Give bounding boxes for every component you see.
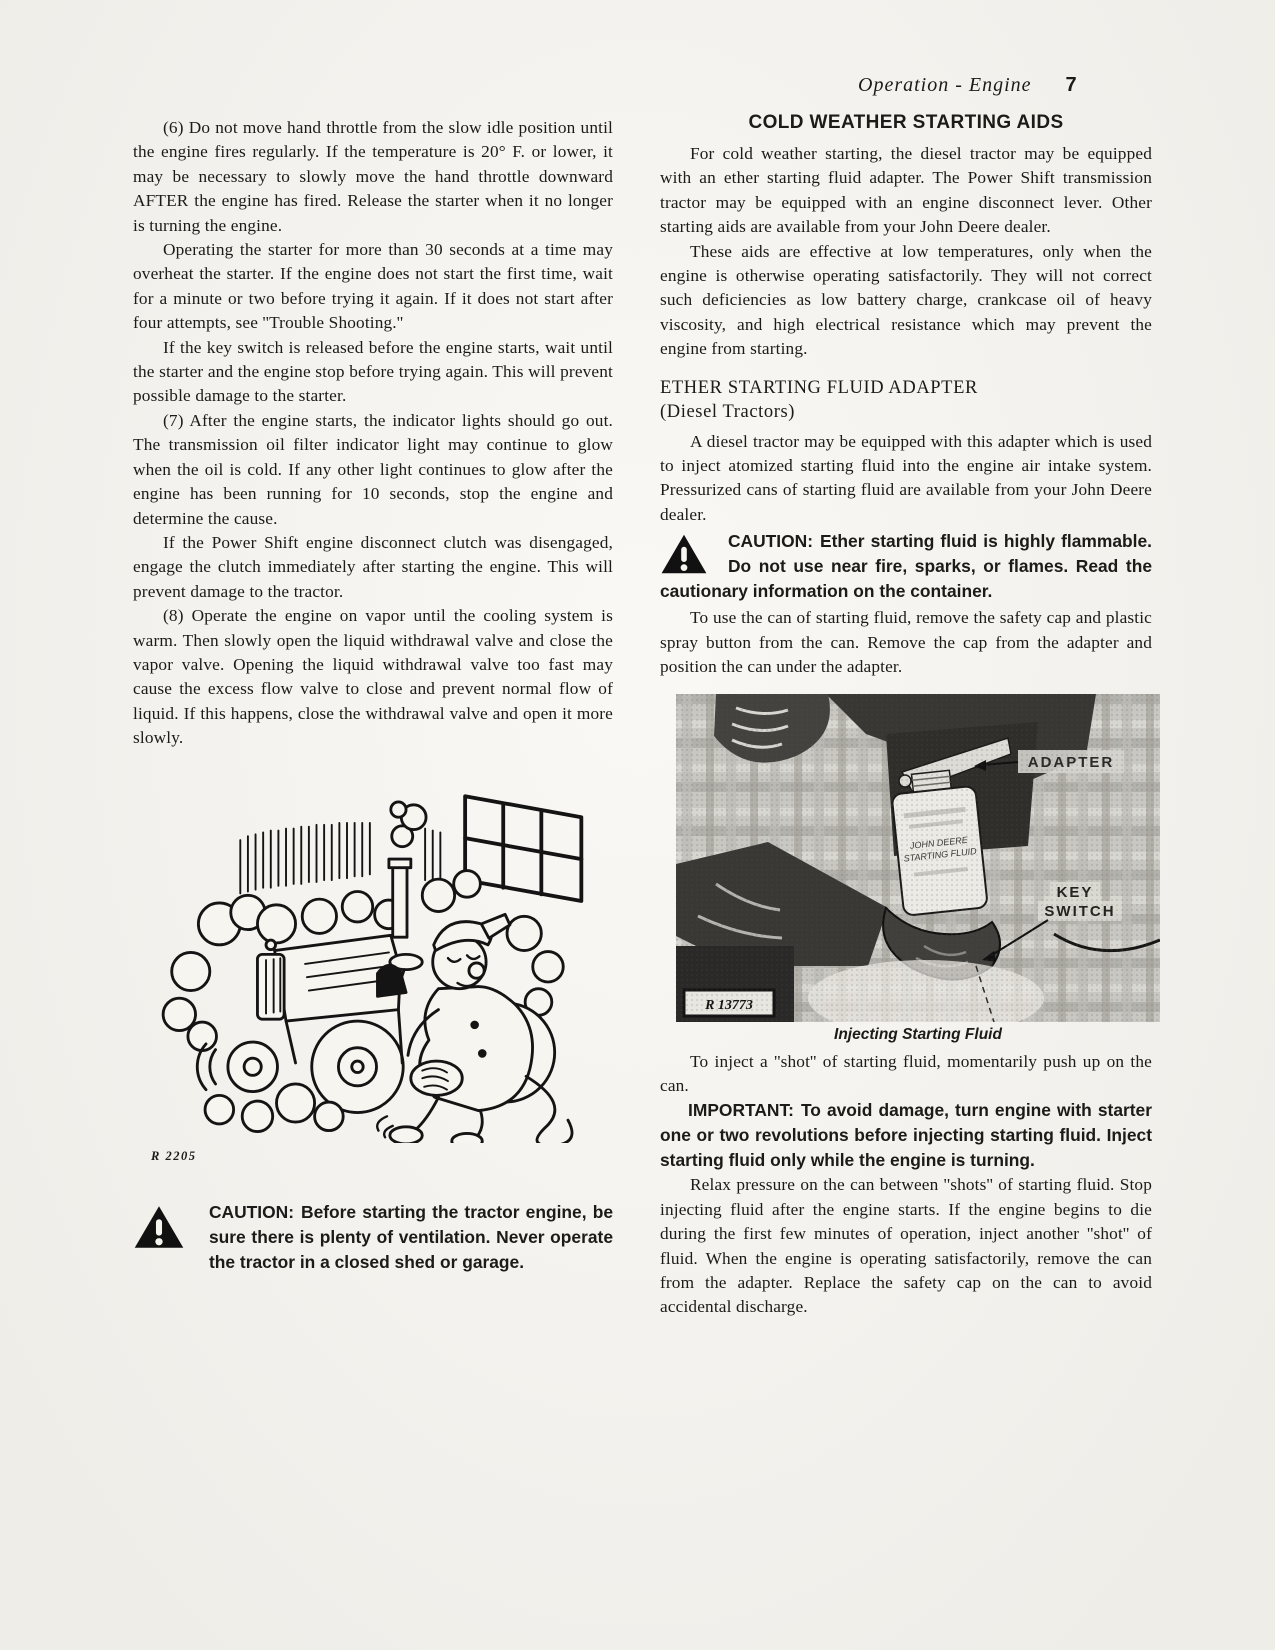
window-icon <box>465 796 581 901</box>
paragraph-use-can: To use the can of starting fluid, remove… <box>660 606 1152 679</box>
warning-triangle-icon <box>660 532 708 576</box>
ether-caution-note: CAUTION:Ether starting fluid is highly f… <box>660 529 1152 604</box>
right-column: COLD WEATHER STARTING AIDS For cold weat… <box>660 112 1152 1320</box>
manual-page: Operation - Engine7 (6) Do not move hand… <box>0 0 1275 1650</box>
warning-triangle-icon <box>133 1203 185 1251</box>
page-number: 7 <box>1066 74 1077 96</box>
paragraph-6: (6) Do not move hand throttle from the s… <box>133 116 613 238</box>
caution-label: CAUTION: <box>209 1202 294 1222</box>
subsection-heading-line1: ETHER STARTING FLUID ADAPTER <box>660 376 1152 400</box>
paragraph-power-shift: If the Power Shift engine disconnect clu… <box>133 531 613 604</box>
paragraph-cold-weather: For cold weather starting, the diesel tr… <box>660 142 1152 240</box>
ventilation-cartoon-illustration <box>147 781 587 1143</box>
injecting-starting-fluid-photo: JOHN DEERE STARTING FLUID ADAPTER <box>676 694 1160 1022</box>
paragraph-aids-effective: These aids are effective at low temperat… <box>660 240 1152 362</box>
important-note: IMPORTANT:To avoid damage, turn engine w… <box>660 1098 1152 1173</box>
photo-drawing: JOHN DEERE STARTING FLUID ADAPTER <box>676 694 1160 1022</box>
caution-label: CAUTION: <box>728 531 813 551</box>
paragraph-relax-pressure: Relax pressure on the can between ''shot… <box>660 1173 1152 1319</box>
chapter-title: Operation - Engine <box>858 74 1032 96</box>
tractor-illustration <box>197 935 422 1112</box>
cartoon-drawing <box>147 781 587 1143</box>
paragraph-inject-shot: To inject a ''shot'' of starting fluid, … <box>660 1050 1152 1099</box>
page-header: Operation - Engine7 <box>858 74 1158 97</box>
paragraph-7: (7) After the engine starts, the indicat… <box>133 409 613 531</box>
paragraph-diesel-adapter: A diesel tractor may be equipped with th… <box>660 430 1152 528</box>
ventilation-caution-note: CAUTION:Before starting the tractor engi… <box>133 1200 613 1275</box>
subsection-heading-line2: (Diesel Tractors) <box>660 400 1152 424</box>
paragraph-key-switch: If the key switch is released before the… <box>133 336 613 409</box>
photo-caption: Injecting Starting Fluid <box>676 1026 1160 1044</box>
paragraph-starter-overheat: Operating the starter for more than 30 s… <box>133 238 613 336</box>
left-column: (6) Do not move hand throttle from the s… <box>133 116 613 1275</box>
paragraph-8: (8) Operate the engine on vapor until th… <box>133 604 613 750</box>
important-label: IMPORTANT: <box>688 1100 794 1120</box>
illustration-ref: R 2205 <box>151 1149 613 1164</box>
section-heading: COLD WEATHER STARTING AIDS <box>660 112 1152 134</box>
exhaust-stack <box>389 802 426 937</box>
subsection-heading: ETHER STARTING FLUID ADAPTER (Diesel Tra… <box>660 376 1152 424</box>
running-man-illustration <box>377 914 572 1143</box>
